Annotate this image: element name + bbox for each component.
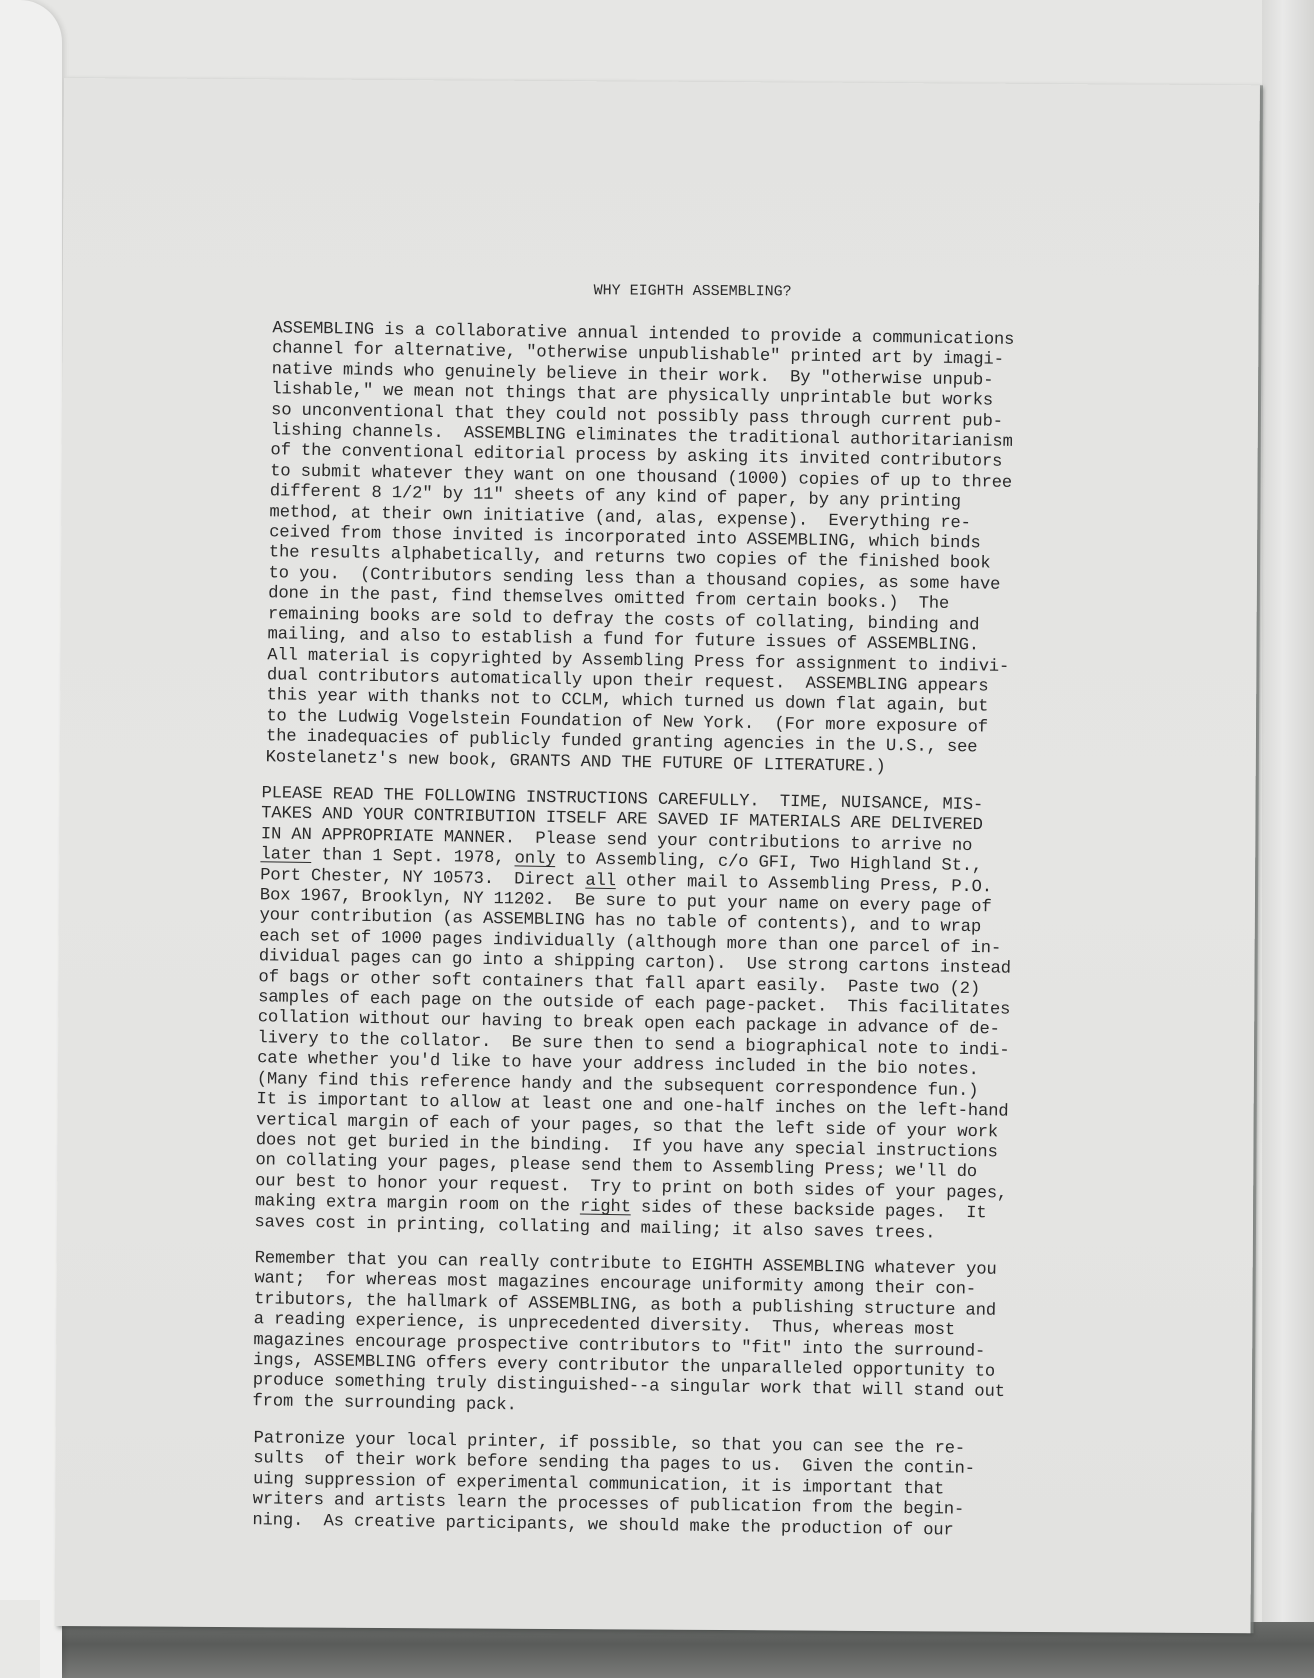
paragraph-diversity: Remember that you can really contribute … [252,1249,1166,1427]
page-title: WHY EIGHTH ASSEMBLING? [273,279,1173,305]
underlined-word: later [260,846,311,866]
page-content: WHY EIGHTH ASSEMBLING? ASSEMBLING is a c… [265,279,1173,1552]
underlined-word: only [514,850,555,870]
left-sheet-bottom [0,1600,40,1678]
paragraph-printer: Patronize your local printer, if possibl… [252,1429,1165,1545]
background-right [1262,0,1314,1678]
text-segment: than 1 Sept. 1978, [311,847,515,869]
underlined-word: right [580,1198,631,1218]
paragraph-intro: ASSEMBLING is a collaborative annual int… [265,320,1172,783]
document-page: WHY EIGHTH ASSEMBLING? ASSEMBLING is a c… [55,78,1260,1633]
left-facing-sheet [0,0,62,1678]
paragraph-instructions: PLEASE READ THE FOLLOWING INSTRUCTIONS C… [254,785,1169,1249]
underlined-word: all [585,872,616,892]
